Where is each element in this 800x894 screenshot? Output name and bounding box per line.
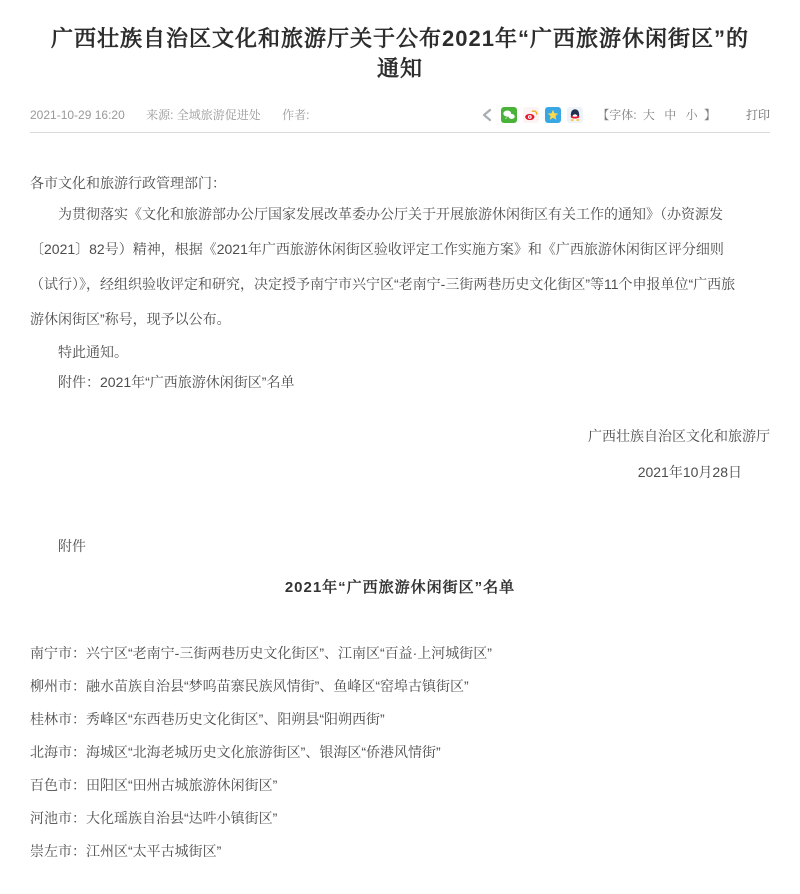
main-paragraph: 为贯彻落实《文化和旅游部办公厅国家发展改革委办公厅关于开展旅游休闲街区有关工作的… bbox=[30, 197, 736, 337]
meta-info: 2021-10-29 16:20 来源: 全域旅游促进处 作者: bbox=[30, 106, 327, 123]
source-label: 来源: 全域旅游促进处 bbox=[146, 108, 261, 122]
qzone-share-icon[interactable] bbox=[545, 107, 561, 123]
salutation: 各市文化和旅游行政管理部门： bbox=[30, 173, 770, 193]
list-item-hechi: 河池市：大化瑶族自治县“达吽小镇街区” bbox=[30, 808, 770, 828]
attachment-reference: 附件：2021年“广西旅游休闲街区”名单 bbox=[30, 367, 770, 397]
list-item-beihai: 北海市：海城区“北海老城历史文化旅游街区”、银海区“侨港风情街” bbox=[30, 742, 770, 762]
qq-share-icon[interactable] bbox=[567, 107, 583, 123]
font-size-medium[interactable]: 中 bbox=[664, 108, 676, 122]
notice-content: 各市文化和旅游行政管理部门： 为贯彻落实《文化和旅游部办公厅国家发展改革委办公厅… bbox=[30, 173, 770, 861]
attachment-label: 附件 bbox=[30, 531, 770, 561]
closing-line: 特此通知。 bbox=[30, 337, 770, 367]
meta-bar: 2021-10-29 16:20 来源: 全域旅游促进处 作者: bbox=[30, 106, 770, 133]
list-item-nanning: 南宁市：兴宁区“老南宁-三街两巷历史文化街区”、江南区“百益·上河城街区” bbox=[30, 643, 770, 663]
font-size-small[interactable]: 小 bbox=[686, 108, 698, 122]
font-size-large[interactable]: 大 bbox=[643, 108, 655, 122]
attachment-title: 2021年“广西旅游休闲街区”名单 bbox=[30, 577, 770, 599]
wechat-share-icon[interactable] bbox=[501, 107, 517, 123]
font-widget-prefix: 【字体: bbox=[597, 108, 636, 122]
meta-tools: 【字体: 大 中 小 】 打印 bbox=[479, 106, 770, 123]
signature-date: 2021年10月28日 bbox=[30, 457, 770, 487]
font-widget-suffix: 】 bbox=[704, 108, 716, 122]
signature-organization: 广西壮族自治区文化和旅游厅 bbox=[30, 421, 770, 451]
print-button[interactable]: 打印 bbox=[746, 106, 770, 123]
weibo-share-icon[interactable] bbox=[523, 107, 539, 123]
page-title: 广西壮族自治区文化和旅游厅关于公布2021年“广西旅游休闲街区”的通知 bbox=[40, 24, 760, 84]
street-district-list: 南宁市：兴宁区“老南宁-三街两巷历史文化街区”、江南区“百益·上河城街区” 柳州… bbox=[30, 643, 770, 861]
list-item-liuzhou: 柳州市：融水苗族自治县“梦呜苗寨民族风情街”、鱼峰区“窑埠古镇街区” bbox=[30, 676, 770, 696]
share-icon[interactable] bbox=[479, 107, 495, 123]
list-item-baise: 百色市：田阳区“田州古城旅游休闲街区” bbox=[30, 775, 770, 795]
author-label: 作者: bbox=[282, 108, 309, 122]
list-item-chongzuo: 崇左市：江州区“太平古城街区” bbox=[30, 841, 770, 861]
share-icon-group bbox=[479, 107, 583, 123]
notice-article-page: 广西壮族自治区文化和旅游厅关于公布2021年“广西旅游休闲街区”的通知 2021… bbox=[0, 24, 800, 894]
list-item-guilin: 桂林市：秀峰区“东西巷历史文化街区”、阳朔县“阳朔西街” bbox=[30, 709, 770, 729]
publish-datetime: 2021-10-29 16:20 bbox=[30, 108, 125, 122]
font-size-widget: 【字体: 大 中 小 】 bbox=[597, 106, 716, 123]
